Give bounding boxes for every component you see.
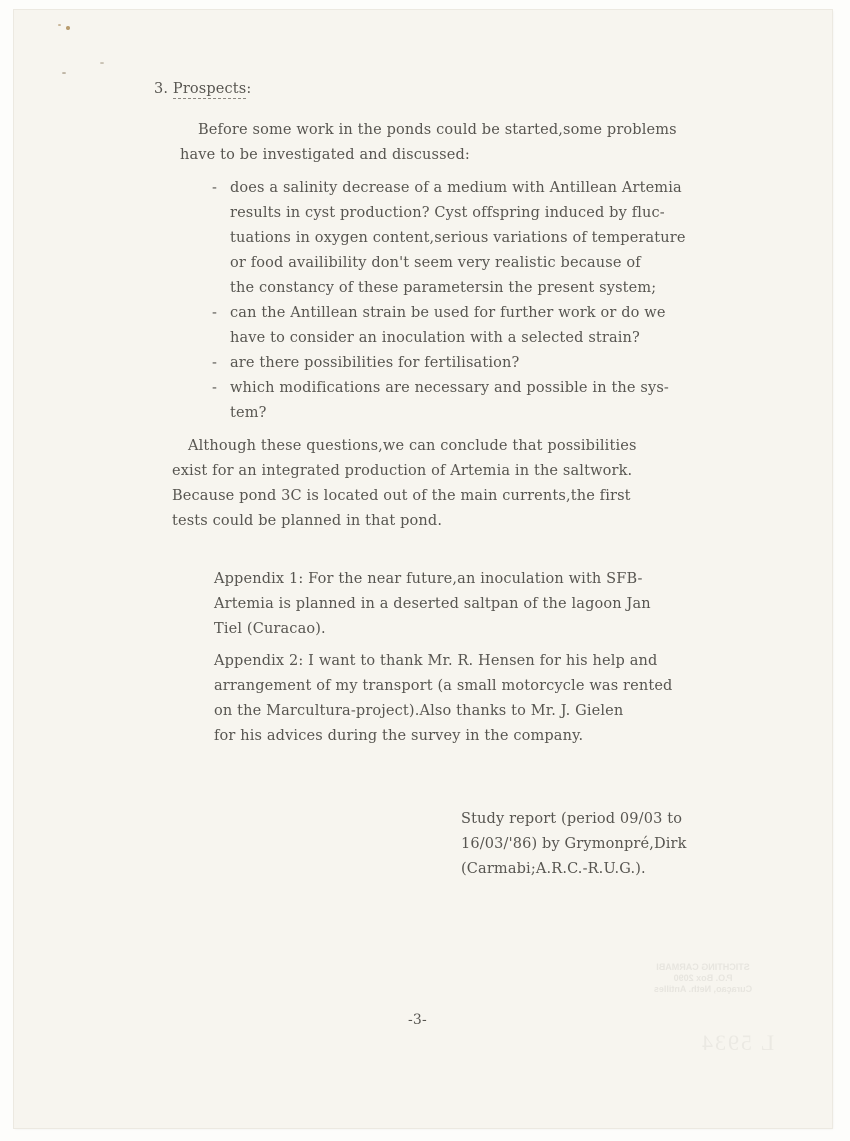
conclusion-line: Because pond 3C is located out of the ma… (172, 484, 631, 509)
stamp-line: STICHTING CARMABI (628, 962, 778, 973)
appendix-line: Appendix 1: For the near future,an inocu… (214, 567, 643, 592)
appendix-line: on the Marcultura-project).Also thanks t… (214, 699, 623, 724)
signature-line: (Carmabi;A.R.C.-R.U.G.). (461, 857, 646, 882)
section-title: Prospects (173, 81, 246, 99)
bullet-marker: - (212, 351, 217, 376)
intro-line: have to be investigated and discussed: (180, 143, 470, 168)
appendix-line: arrangement of my transport (a small mot… (214, 674, 672, 699)
question-line: are there possibilities for fertilisatio… (230, 351, 519, 376)
signature-line: 16/03/'86) by Grymonpré,Dirk (461, 832, 687, 857)
bullet-marker: - (212, 176, 217, 201)
question-line: results in cyst production? Cyst offspri… (230, 201, 665, 226)
appendix-line: for his advices during the survey in the… (214, 724, 583, 749)
appendix-line: Artemia is planned in a deserted saltpan… (214, 592, 651, 617)
stamp-line: Curaçao, Neth. Antilles (628, 984, 778, 995)
conclusion-line: Although these questions,we can conclude… (188, 434, 637, 459)
question-line: does a salinity decrease of a medium wit… (230, 176, 682, 201)
paper-speck (100, 62, 104, 64)
conclusion-line: exist for an integrated production of Ar… (172, 459, 632, 484)
question-line: or food availibility don't seem very rea… (230, 251, 641, 276)
stamp-line: P.O. Box 2090 (628, 973, 778, 984)
question-line: can the Antillean strain be used for fur… (230, 301, 666, 326)
signature-line: Study report (period 09/03 to (461, 807, 682, 832)
section-heading: 3. Prospects: (154, 77, 251, 102)
appendix-line: Tiel (Curacao). (214, 617, 326, 642)
stamp-bleedthrough: STICHTING CARMABI P.O. Box 2090 Curaçao,… (628, 962, 778, 995)
handwritten-bleedthrough: L 5934 (700, 1030, 774, 1056)
question-line: have to consider an inoculation with a s… (230, 326, 640, 351)
bullet-marker: - (212, 376, 217, 401)
paper-speck (66, 26, 70, 30)
question-line: tem? (230, 401, 267, 426)
question-line: which modifications are necessary and po… (230, 376, 669, 401)
appendix-line: Appendix 2: I want to thank Mr. R. Hense… (214, 649, 657, 674)
paper-speck (62, 72, 66, 74)
bullet-marker: - (212, 301, 217, 326)
intro-line: Before some work in the ponds could be s… (198, 118, 677, 143)
question-line: the constancy of these parametersin the … (230, 276, 656, 301)
conclusion-line: tests could be planned in that pond. (172, 509, 442, 534)
section-number: 3. (154, 81, 168, 97)
question-line: tuations in oxygen content,serious varia… (230, 226, 686, 251)
paper-speck (58, 24, 61, 26)
page-number: -3- (408, 1008, 427, 1033)
section-colon: : (246, 81, 251, 97)
